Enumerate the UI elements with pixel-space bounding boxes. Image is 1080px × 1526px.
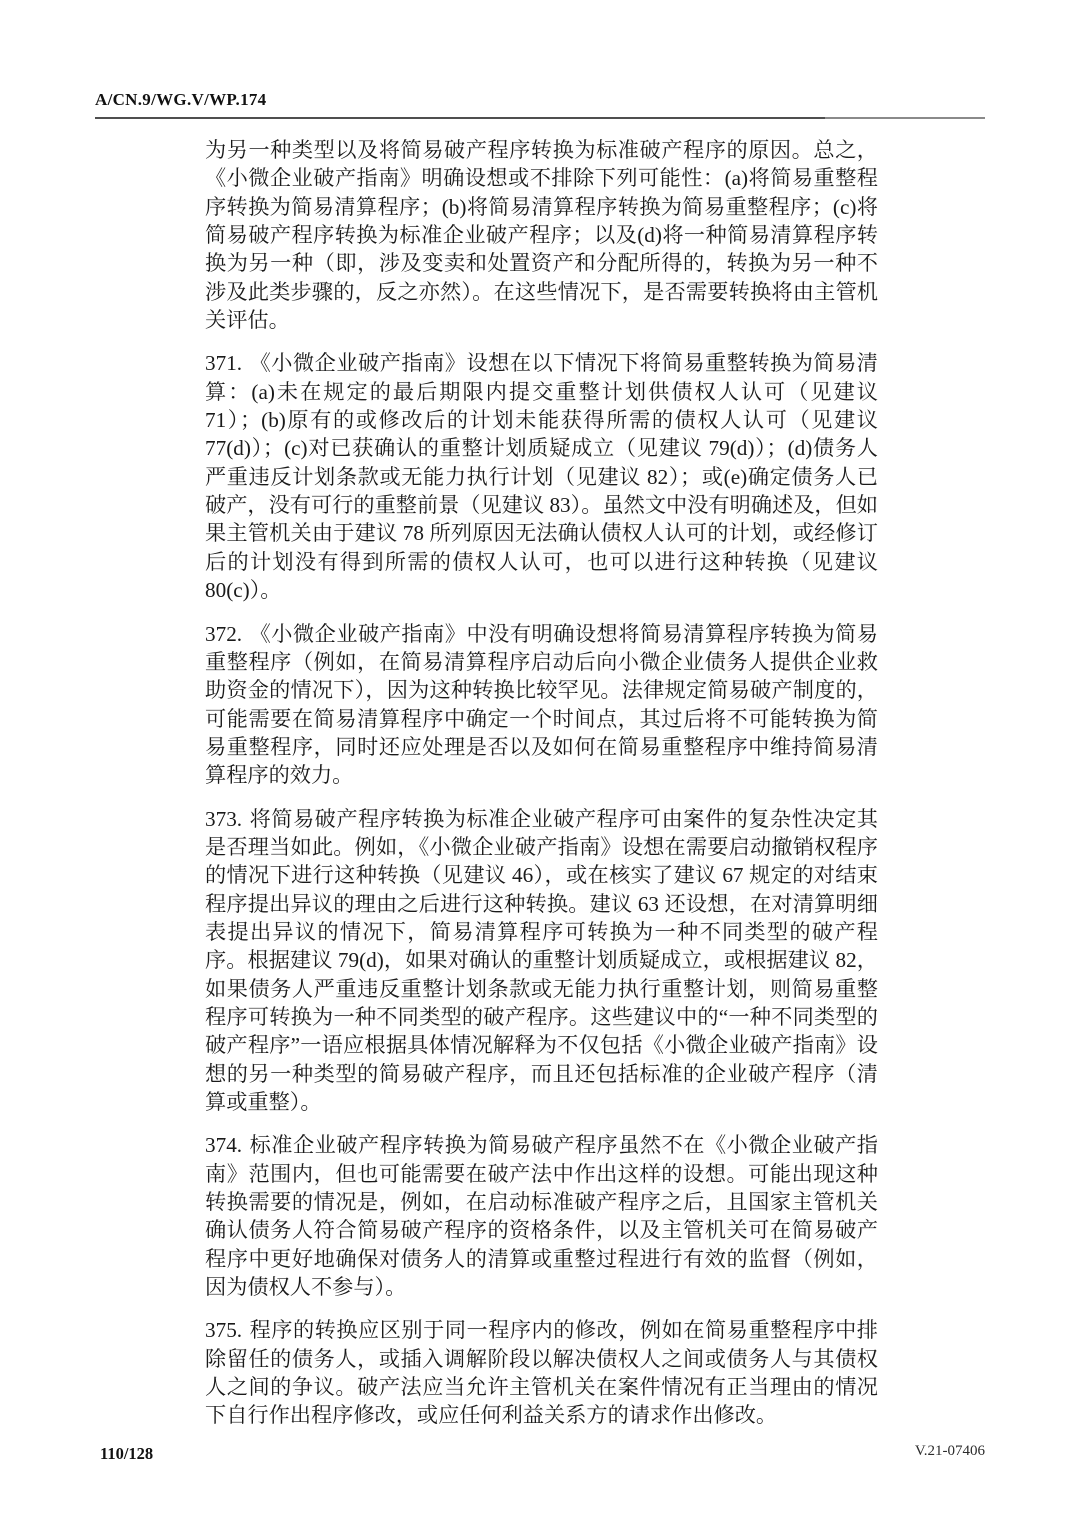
paragraph-text: 为另一种类型以及将简易破产程序转换为标准破产程序的原因。总之，《小微企业破产指南… (205, 138, 878, 332)
paragraph-373: 373.将简易破产程序转换为标准企业破产程序可由案件的复杂性决定其是否理当如此。… (205, 805, 878, 1117)
paragraph-continuation: 为另一种类型以及将简易破产程序转换为标准破产程序的原因。总之，《小微企业破产指南… (205, 136, 878, 334)
paragraph-text: 将简易破产程序转换为标准企业破产程序可由案件的复杂性决定其是否理当如此。例如，《… (205, 807, 878, 1114)
paragraph-371: 371.《小微企业破产指南》设想在以下情况下将简易重整转换为简易清算：(a)未在… (205, 349, 878, 604)
paragraph-text: 程序的转换应区别于同一程序内的修改，例如在简易重整程序中排除留任的债务人，或插入… (205, 1318, 878, 1427)
footer-document-id: V.21-07406 (915, 1443, 985, 1460)
paragraph-number: 371. (205, 351, 242, 375)
header-rule (95, 117, 985, 119)
document-symbol: A/CN.9/WG.V/WP.174 (95, 90, 266, 110)
paragraph-number: 374. (205, 1133, 242, 1157)
paragraph-text: 《小微企业破产指南》中没有明确设想将简易清算程序转换为简易重整程序（例如，在简易… (205, 622, 878, 788)
paragraph-372: 372.《小微企业破产指南》中没有明确设想将简易清算程序转换为简易重整程序（例如… (205, 620, 878, 790)
paragraph-375: 375.程序的转换应区别于同一程序内的修改，例如在简易重整程序中排除留任的债务人… (205, 1316, 878, 1429)
paragraph-number: 375. (205, 1318, 242, 1342)
footer-page-number: 110/128 (100, 1444, 153, 1464)
paragraph-number: 372. (205, 622, 242, 646)
document-page: A/CN.9/WG.V/WP.174 为另一种类型以及将简易破产程序转换为标准破… (0, 0, 1080, 1526)
paragraph-text: 标准企业破产程序转换为简易破产程序虽然不在《小微企业破产指南》范围内，但也可能需… (205, 1133, 878, 1299)
paragraph-text: 《小微企业破产指南》设想在以下情况下将简易重整转换为简易清算：(a)未在规定的最… (205, 351, 878, 602)
document-body: 为另一种类型以及将简易破产程序转换为标准破产程序的原因。总之，《小微企业破产指南… (205, 136, 878, 1445)
paragraph-374: 374.标准企业破产程序转换为简易破产程序虽然不在《小微企业破产指南》范围内，但… (205, 1131, 878, 1301)
paragraph-number: 373. (205, 807, 242, 831)
